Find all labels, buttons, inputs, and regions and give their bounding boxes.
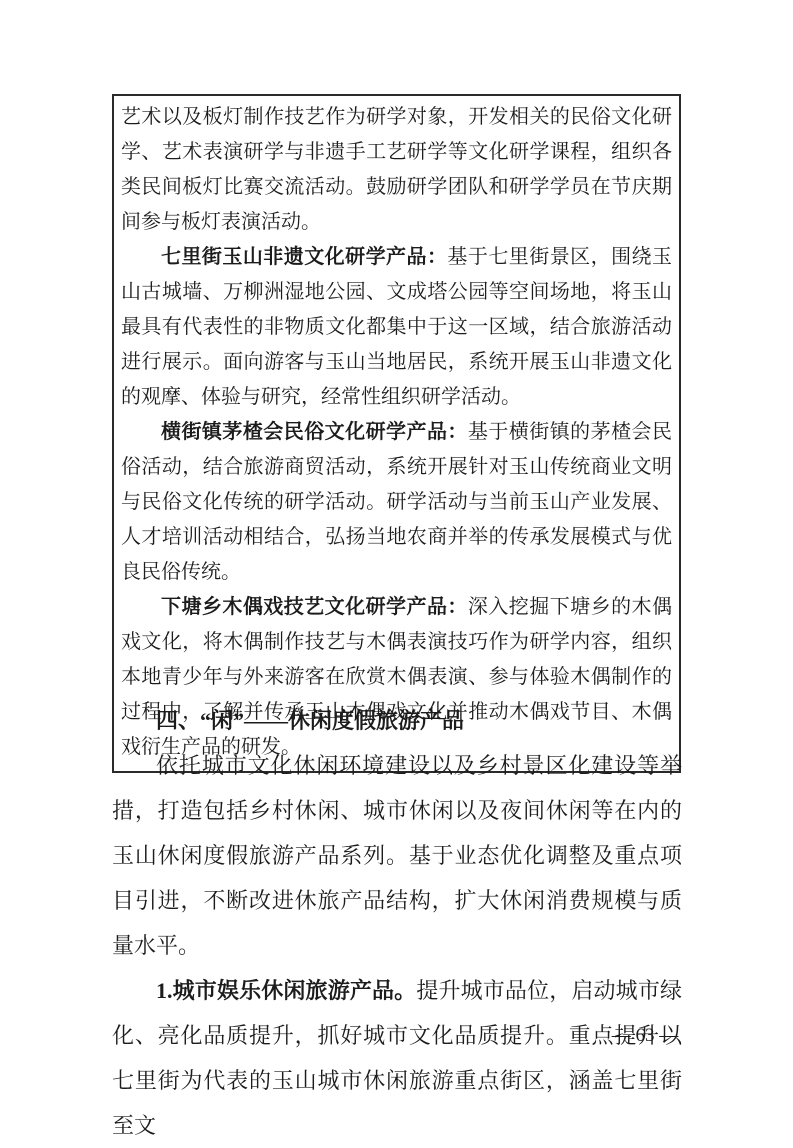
page-number: — 63 — (600, 1024, 690, 1048)
boxed-paragraph: 横街镇茅楂会民俗文化研学产品：基于横街镇的茅楂会民俗活动，结合旅游商贸活动，系统… (121, 415, 672, 590)
paragraph-text: 基于七里街景区，围绕玉山古城墙、万柳洲湿地公园、文成塔公园等空间场地，将玉山最具… (121, 246, 672, 408)
paragraph-lead: 七里街玉山非遗文化研学产品： (161, 246, 447, 268)
document-page: 艺术以及板灯制作技艺作为研学对象，开发相关的民俗文化研学、艺术表演研学与非遗手工… (0, 0, 793, 1122)
paragraph-text: 艺术以及板灯制作技艺作为研学对象，开发相关的民俗文化研学、艺术表演研学与非遗手工… (121, 106, 672, 233)
main-text-block: 四、“闲”——休闲度假旅游产品 依托城市文化休闲环境建设以及乡村景区化建设等举措… (112, 698, 682, 1148)
body-paragraph: 依托城市文化休闲环境建设以及乡村景区化建设等举措，打造包括乡村休闲、城市休闲以及… (112, 743, 682, 968)
paragraph-text: 基于横街镇的茅楂会民俗活动，结合旅游商贸活动，系统开展针对玉山传统商业文明与民俗… (121, 421, 672, 583)
boxed-paragraph-continuation: 艺术以及板灯制作技艺作为研学对象，开发相关的民俗文化研学、艺术表演研学与非遗手工… (121, 100, 672, 240)
body-paragraph: 1.城市娱乐休闲旅游产品。提升城市品位，启动城市绿化、亮化品质提升，抓好城市文化… (112, 968, 682, 1148)
paragraph-text: 依托城市文化休闲环境建设以及乡村景区化建设等举措，打造包括乡村休闲、城市休闲以及… (112, 753, 682, 958)
section-heading: 四、“闲”——休闲度假旅游产品 (112, 698, 682, 743)
paragraph-lead: 1.城市娱乐休闲旅游产品。 (156, 978, 416, 1003)
paragraph-lead: 下塘乡木偶戏技艺文化研学产品： (161, 596, 468, 618)
boxed-text-block: 艺术以及板灯制作技艺作为研学对象，开发相关的民俗文化研学、艺术表演研学与非遗手工… (112, 94, 681, 773)
paragraph-lead: 横街镇茅楂会民俗文化研学产品： (161, 421, 468, 443)
boxed-paragraph: 七里街玉山非遗文化研学产品：基于七里街景区，围绕玉山古城墙、万柳洲湿地公园、文成… (121, 240, 672, 415)
